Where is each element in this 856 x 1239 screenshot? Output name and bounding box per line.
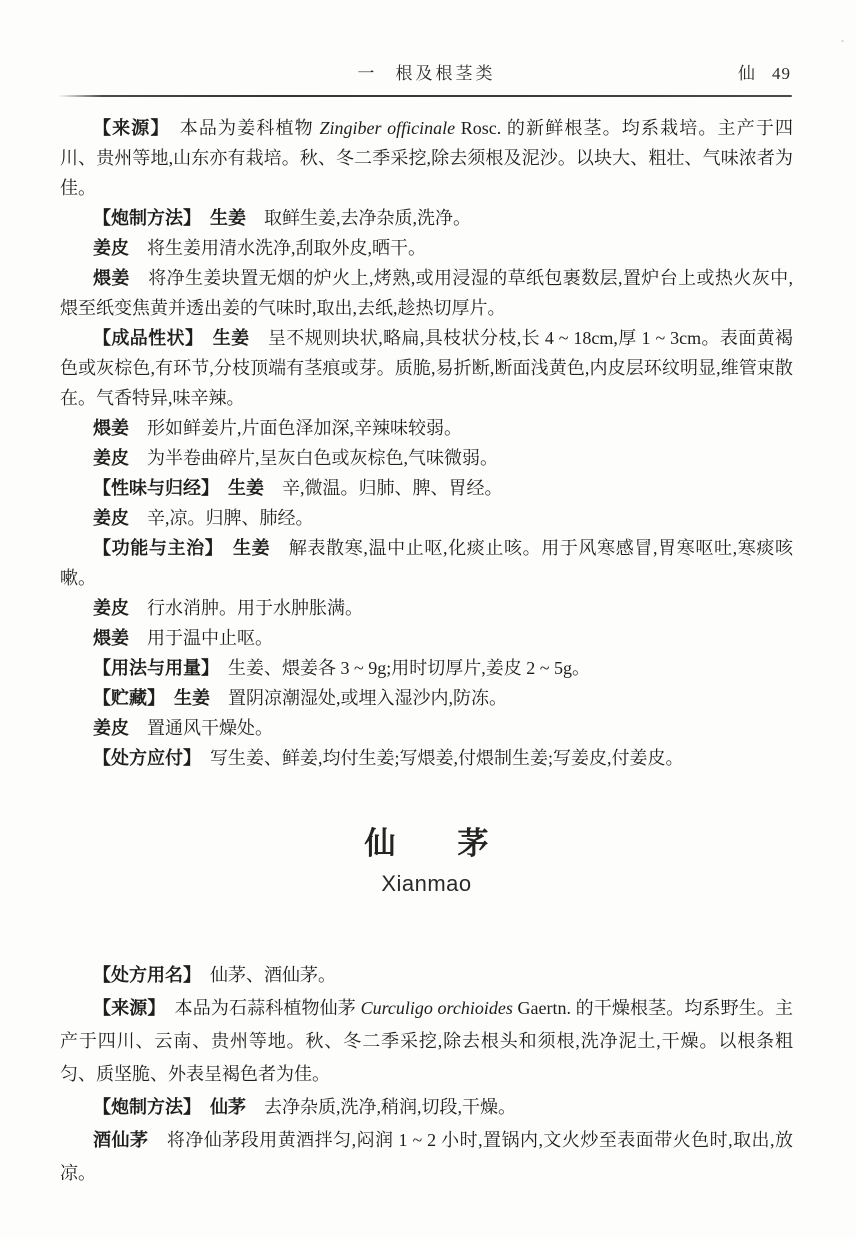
chapter-number: 一 bbox=[358, 64, 378, 83]
body-text: 生姜、煨姜各 3 ~ 9g;用时切厚片,姜皮 2 ~ 5g。 bbox=[210, 658, 590, 678]
label-text: 生姜 bbox=[233, 538, 270, 558]
paragraph: 【处方用名】 仙茅、酒仙茅。 bbox=[60, 959, 793, 992]
label-text: 生姜 bbox=[213, 328, 250, 348]
label-text: 姜皮 bbox=[93, 238, 129, 258]
label-text: 【来源】 bbox=[93, 998, 157, 1018]
article-ginger: 【来源】 本品为姜科植物 Zingiber officinale Rosc. 的… bbox=[60, 113, 793, 773]
body-text: 写生姜、鲜姜,均付生姜;写煨姜,付煨制生姜;写姜皮,付姜皮。 bbox=[192, 748, 684, 768]
label-text: 姜皮 bbox=[93, 508, 129, 528]
body-text: 置阴凉潮湿处,或埋入湿沙内,防冻。 bbox=[210, 688, 507, 708]
label-text: 生姜 bbox=[210, 208, 246, 228]
paragraph: 酒仙茅 将净仙茅段用黄酒拌匀,闷润 1 ~ 2 小时,置锅内,文火炒至表面带火色… bbox=[60, 1124, 793, 1190]
chapter-heading: 一根及根茎类 bbox=[60, 59, 793, 84]
label-text: 煨姜 bbox=[93, 268, 130, 288]
article-title-pinyin: Xianmao bbox=[60, 871, 793, 897]
scan-artifact bbox=[841, 40, 844, 42]
scan-artifact bbox=[787, 1146, 790, 1149]
paragraph: 【炮制方法】 生姜 取鲜生姜,去净杂质,洗净。 bbox=[60, 203, 793, 233]
book-page: 一根及根茎类 仙49 【来源】 本品为姜科植物 Zingiber officin… bbox=[0, 0, 856, 1239]
label-text: 【功能与主治】 bbox=[93, 538, 214, 558]
paragraph: 姜皮 行水消肿。用于水肿胀满。 bbox=[60, 593, 793, 623]
paragraph: 【炮制方法】 仙茅 去净杂质,洗净,稍润,切段,干燥。 bbox=[60, 1091, 793, 1124]
paragraph: 【来源】 本品为石蒜科植物仙茅 Curculigo orchioides Gae… bbox=[60, 992, 793, 1091]
paragraph: 煨姜 将净生姜块置无烟的炉火上,烤熟,或用浸湿的草纸包裹数层,置炉台上或热火灰中… bbox=[60, 263, 793, 323]
latin-binomial: Curculigo orchioides bbox=[361, 998, 513, 1018]
body-text: 将净仙茅段用黄酒拌匀,闷润 1 ~ 2 小时,置锅内,文火炒至表面带火色时,取出… bbox=[60, 1130, 793, 1183]
latin-binomial: Zingiber officinale bbox=[319, 118, 455, 138]
article-xianmao: 仙 茅 Xianmao 【处方用名】 仙茅、酒仙茅。【来源】 本品为石蒜科植物仙… bbox=[60, 826, 793, 1190]
label-text: 【炮制方法】 bbox=[93, 208, 192, 228]
paragraph: 【处方应付】 写生姜、鲜姜,均付生姜;写煨姜,付煨制生姜;写姜皮,付姜皮。 bbox=[60, 743, 793, 773]
label-text: 生姜 bbox=[228, 478, 264, 498]
running-head: 一根及根茎类 仙49 bbox=[60, 59, 793, 85]
body-text: 取鲜生姜,去净杂质,洗净。 bbox=[246, 208, 471, 228]
paragraph: 姜皮 置通风干燥处。 bbox=[60, 713, 793, 743]
chapter-title: 根及根茎类 bbox=[396, 64, 496, 83]
label-text: 煨姜 bbox=[93, 418, 129, 438]
label-text: 【处方应付】 bbox=[93, 748, 192, 768]
paragraph: 【功能与主治】 生姜 解表散寒,温中止呕,化痰止咳。用于风寒感冒,胃寒呕吐,寒痰… bbox=[60, 533, 793, 593]
body-text: 为半卷曲碎片,呈灰白色或灰棕色,气味微弱。 bbox=[129, 448, 498, 468]
label-text: 姜皮 bbox=[93, 718, 129, 738]
body-text: 形如鲜姜片,片面色泽加深,辛辣味较弱。 bbox=[129, 418, 462, 438]
body-text: 将生姜用清水洗净,刮取外皮,晒干。 bbox=[129, 238, 426, 258]
body-text bbox=[156, 688, 174, 708]
label-text: 【成品性状】 bbox=[93, 328, 194, 348]
label-text: 煨姜 bbox=[93, 628, 129, 648]
label-text: 酒仙茅 bbox=[93, 1130, 148, 1150]
body-text: 去净杂质,洗净,稍润,切段,干燥。 bbox=[246, 1097, 516, 1117]
paragraph: 煨姜 用于温中止呕。 bbox=[60, 623, 793, 653]
thumb-index-char: 仙 bbox=[738, 64, 756, 83]
paragraph: 【用法与用量】 生姜、煨姜各 3 ~ 9g;用时切厚片,姜皮 2 ~ 5g。 bbox=[60, 653, 793, 683]
header-rule bbox=[58, 95, 792, 97]
paragraph: 姜皮 将生姜用清水洗净,刮取外皮,晒干。 bbox=[60, 233, 793, 263]
body-text bbox=[192, 1097, 210, 1117]
paragraph: 姜皮 为半卷曲碎片,呈灰白色或灰棕色,气味微弱。 bbox=[60, 443, 793, 473]
label-text: 【炮制方法】 bbox=[93, 1097, 192, 1117]
body-text bbox=[192, 208, 210, 228]
body-text: 辛,凉。归脾、肺经。 bbox=[129, 508, 314, 528]
paragraph: 煨姜 形如鲜姜片,片面色泽加深,辛辣味较弱。 bbox=[60, 413, 793, 443]
xianmao-paragraphs: 【处方用名】 仙茅、酒仙茅。【来源】 本品为石蒜科植物仙茅 Curculigo … bbox=[60, 959, 793, 1190]
paragraph: 【来源】 本品为姜科植物 Zingiber officinale Rosc. 的… bbox=[60, 113, 793, 203]
body-text bbox=[214, 538, 233, 558]
body-text: 仙茅、酒仙茅。 bbox=[192, 965, 336, 985]
paragraph: 【成品性状】 生姜 呈不规则块状,略扁,具枝状分枝,长 4 ~ 18cm,厚 1… bbox=[60, 323, 793, 413]
label-text: 生姜 bbox=[174, 688, 210, 708]
ginger-paragraphs: 【来源】 本品为姜科植物 Zingiber officinale Rosc. 的… bbox=[60, 113, 793, 773]
label-text: 姜皮 bbox=[93, 448, 129, 468]
body-text bbox=[210, 478, 228, 498]
body-text: 本品为姜科植物 bbox=[161, 118, 320, 138]
body-text: 辛,微温。归肺、脾、胃经。 bbox=[264, 478, 503, 498]
paragraph: 【贮藏】 生姜 置阴凉潮湿处,或埋入湿沙内,防冻。 bbox=[60, 683, 793, 713]
label-text: 【处方用名】 bbox=[93, 965, 192, 985]
body-text: 置通风干燥处。 bbox=[129, 718, 273, 738]
label-text: 【用法与用量】 bbox=[93, 658, 210, 678]
page-number: 49 bbox=[772, 64, 791, 83]
body-text: 将净生姜块置无烟的炉火上,烤熟,或用浸湿的草纸包裹数层,置炉台上或热火灰中,煨至… bbox=[60, 268, 793, 318]
page-folio: 仙49 bbox=[738, 59, 791, 84]
label-text: 【性味与归经】 bbox=[93, 478, 210, 498]
paragraph: 姜皮 辛,凉。归脾、肺经。 bbox=[60, 503, 793, 533]
body-text bbox=[194, 328, 212, 348]
article-title: 仙 茅 bbox=[60, 826, 793, 862]
body-text: 行水消肿。用于水肿胀满。 bbox=[129, 598, 363, 618]
paragraph: 【性味与归经】 生姜 辛,微温。归肺、脾、胃经。 bbox=[60, 473, 793, 503]
label-text: 姜皮 bbox=[93, 598, 129, 618]
label-text: 【贮藏】 bbox=[93, 688, 156, 708]
label-text: 【来源】 bbox=[93, 118, 161, 138]
body-text: 用于温中止呕。 bbox=[129, 628, 273, 648]
label-text: 仙茅 bbox=[210, 1097, 246, 1117]
body-text: 本品为石蒜科植物仙茅 bbox=[157, 998, 361, 1018]
